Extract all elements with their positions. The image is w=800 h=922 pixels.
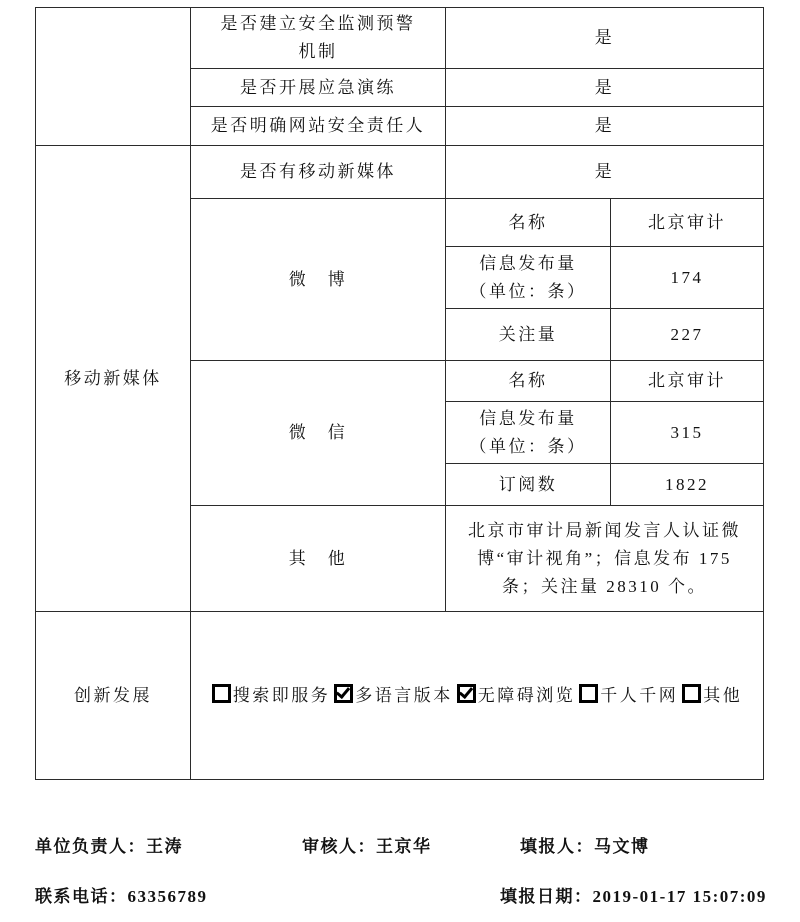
answer-security-monitoring: 是: [446, 8, 764, 69]
reviewer-name: 王京华: [376, 837, 432, 856]
weibo-label: 微 博: [191, 199, 446, 361]
wechat-subs-field: 订阅数: [446, 464, 611, 506]
contact-phone-label: 联系电话：: [35, 887, 128, 906]
section-label-empty: [36, 8, 191, 146]
checkbox-multilingual[interactable]: [334, 684, 353, 703]
contact-phone-number: 63356789: [128, 887, 208, 906]
unit-responsible-name: 王涛: [146, 837, 183, 856]
answer-emergency-drill: 是: [446, 69, 764, 107]
section-label-mobile-media: 移动新媒体: [36, 146, 191, 612]
annual-report-table: 是否建立安全监测预警 机制 是 是否开展应急演练 是 是否明确网站安全责任人 是…: [35, 7, 764, 780]
checkbox-accessibility[interactable]: [457, 684, 476, 703]
unit-responsible-item: 单位负责人：王涛: [35, 832, 183, 857]
contact-phone-item: 联系电话：63356789: [35, 882, 208, 907]
filler-item: 填报人：马文博: [520, 832, 650, 857]
question-security-responsible: 是否明确网站安全责任人: [191, 107, 446, 146]
other-media-label: 其 他: [191, 506, 446, 612]
weibo-name-field: 名称: [446, 199, 611, 247]
checkbox-label-personalized: 千人千网: [600, 686, 678, 705]
answer-has-mobile-media: 是: [446, 146, 764, 199]
weibo-followers-value: 227: [611, 309, 764, 361]
checkbox-other[interactable]: [682, 684, 701, 703]
reviewer-item: 审核人：王京华: [302, 832, 432, 857]
report-date-label: 填报日期：: [500, 887, 593, 906]
wechat-subs-value: 1822: [611, 464, 764, 506]
wechat-name-field: 名称: [446, 361, 611, 402]
table-row: 移动新媒体 是否有移动新媒体 是: [36, 146, 764, 199]
table-row: 创新发展 搜索即服务多语言版本无障碍浏览千人千网其他: [36, 612, 764, 780]
weibo-posts-value: 174: [611, 247, 764, 309]
report-date-value: 2019-01-17 15:07:09: [593, 887, 767, 906]
reviewer-label: 审核人：: [302, 837, 376, 856]
report-date-item: 填报日期：2019-01-17 15:07:09: [500, 882, 767, 907]
checkbox-search-as-service[interactable]: [212, 684, 231, 703]
wechat-posts-value: 315: [611, 402, 764, 464]
table-row: 是否建立安全监测预警 机制 是: [36, 8, 764, 69]
wechat-label: 微 信: [191, 361, 446, 506]
wechat-name-value: 北京审计: [611, 361, 764, 402]
checkbox-personalized[interactable]: [579, 684, 598, 703]
innovation-options-cell: 搜索即服务多语言版本无障碍浏览千人千网其他: [191, 612, 764, 780]
other-media-description: 北京市审计局新闻发言人认证微 博“审计视角”；信息发布 175 条；关注量 28…: [446, 506, 764, 612]
weibo-followers-field: 关注量: [446, 309, 611, 361]
weibo-posts-field: 信息发布量 （单位：条）: [446, 247, 611, 309]
innovation-options-row: 搜索即服务多语言版本无障碍浏览千人千网其他: [212, 682, 743, 710]
unit-responsible-label: 单位负责人：: [35, 837, 146, 856]
wechat-posts-field: 信息发布量 （单位：条）: [446, 402, 611, 464]
filler-label: 填报人：: [520, 837, 594, 856]
weibo-name-value: 北京审计: [611, 199, 764, 247]
question-has-mobile-media: 是否有移动新媒体: [191, 146, 446, 199]
checkbox-label-accessibility: 无障碍浏览: [478, 686, 576, 705]
section-label-innovation: 创新发展: [36, 612, 191, 780]
checkbox-label-other: 其他: [703, 686, 742, 705]
filler-name: 马文博: [594, 837, 650, 856]
checkbox-label-search-as-service: 搜索即服务: [233, 686, 331, 705]
answer-security-responsible: 是: [446, 107, 764, 146]
question-security-monitoring: 是否建立安全监测预警 机制: [191, 8, 446, 69]
checkbox-label-multilingual: 多语言版本: [355, 686, 453, 705]
question-emergency-drill: 是否开展应急演练: [191, 69, 446, 107]
